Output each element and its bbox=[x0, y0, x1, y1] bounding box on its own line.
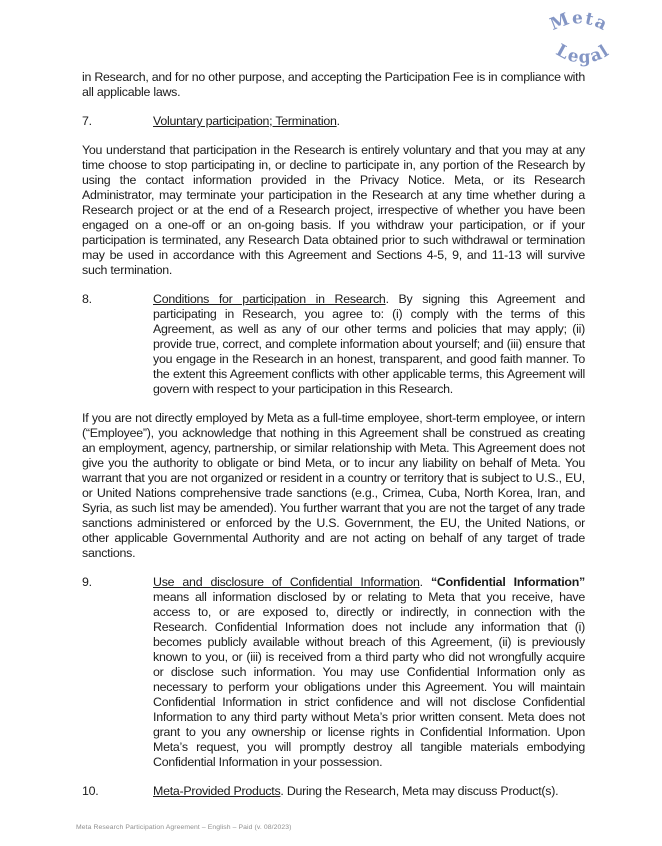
section-8-body: By signing this Agreement and participat… bbox=[153, 292, 585, 396]
section-8-text: Conditions for participation in Research… bbox=[153, 292, 585, 397]
document-footer: Meta Research Participation Agreement – … bbox=[76, 824, 292, 831]
agreement-page: Meta Legal in Research, and for no other… bbox=[0, 0, 662, 846]
section-7-number: 7. bbox=[82, 114, 153, 129]
section-9: 9. Use and disclosure of Confidential In… bbox=[82, 575, 585, 770]
section-9-text: Use and disclosure of Confidential Infor… bbox=[153, 575, 585, 770]
paragraph-voluntary-termination: You understand that participation in the… bbox=[82, 143, 585, 278]
section-10-text: Meta-Provided Products. During the Resea… bbox=[153, 784, 585, 799]
section-9-bold-term: “Confidential Information” bbox=[431, 575, 585, 589]
paragraph-compliance: in Research, and for no other purpose, a… bbox=[82, 70, 585, 100]
section-7-title-suffix: . bbox=[337, 114, 340, 128]
section-8-title-suffix: . bbox=[386, 292, 399, 306]
section-7-title-underlined: Voluntary participation; Termination bbox=[153, 114, 337, 128]
watermark-legal-text: Legal bbox=[553, 41, 614, 68]
section-9-title-underlined: Use and disclosure of Confidential Infor… bbox=[153, 575, 420, 589]
section-10-number: 10. bbox=[82, 784, 153, 799]
paragraph-employment-sanctions: If you are not directly employed by Meta… bbox=[82, 411, 585, 561]
section-7-heading: 7. Voluntary participation; Termination. bbox=[82, 114, 585, 129]
section-8: 8. Conditions for participation in Resea… bbox=[82, 292, 585, 397]
section-8-number: 8. bbox=[82, 292, 153, 397]
section-10: 10. Meta-Provided Products. During the R… bbox=[82, 784, 585, 799]
section-9-number: 9. bbox=[82, 575, 153, 770]
watermark-meta-text: Meta bbox=[547, 8, 611, 35]
section-10-title-underlined: Meta-Provided Products bbox=[153, 784, 280, 798]
section-8-title-underlined: Conditions for participation in Research bbox=[153, 292, 386, 306]
section-9-body: means all information disclosed by or re… bbox=[153, 590, 585, 769]
document-body: in Research, and for no other purpose, a… bbox=[82, 70, 585, 813]
section-9-title-suffix: . bbox=[420, 575, 431, 589]
section-7-title: Voluntary participation; Termination. bbox=[153, 114, 585, 129]
section-10-body: During the Research, Meta may discuss Pr… bbox=[287, 784, 558, 798]
